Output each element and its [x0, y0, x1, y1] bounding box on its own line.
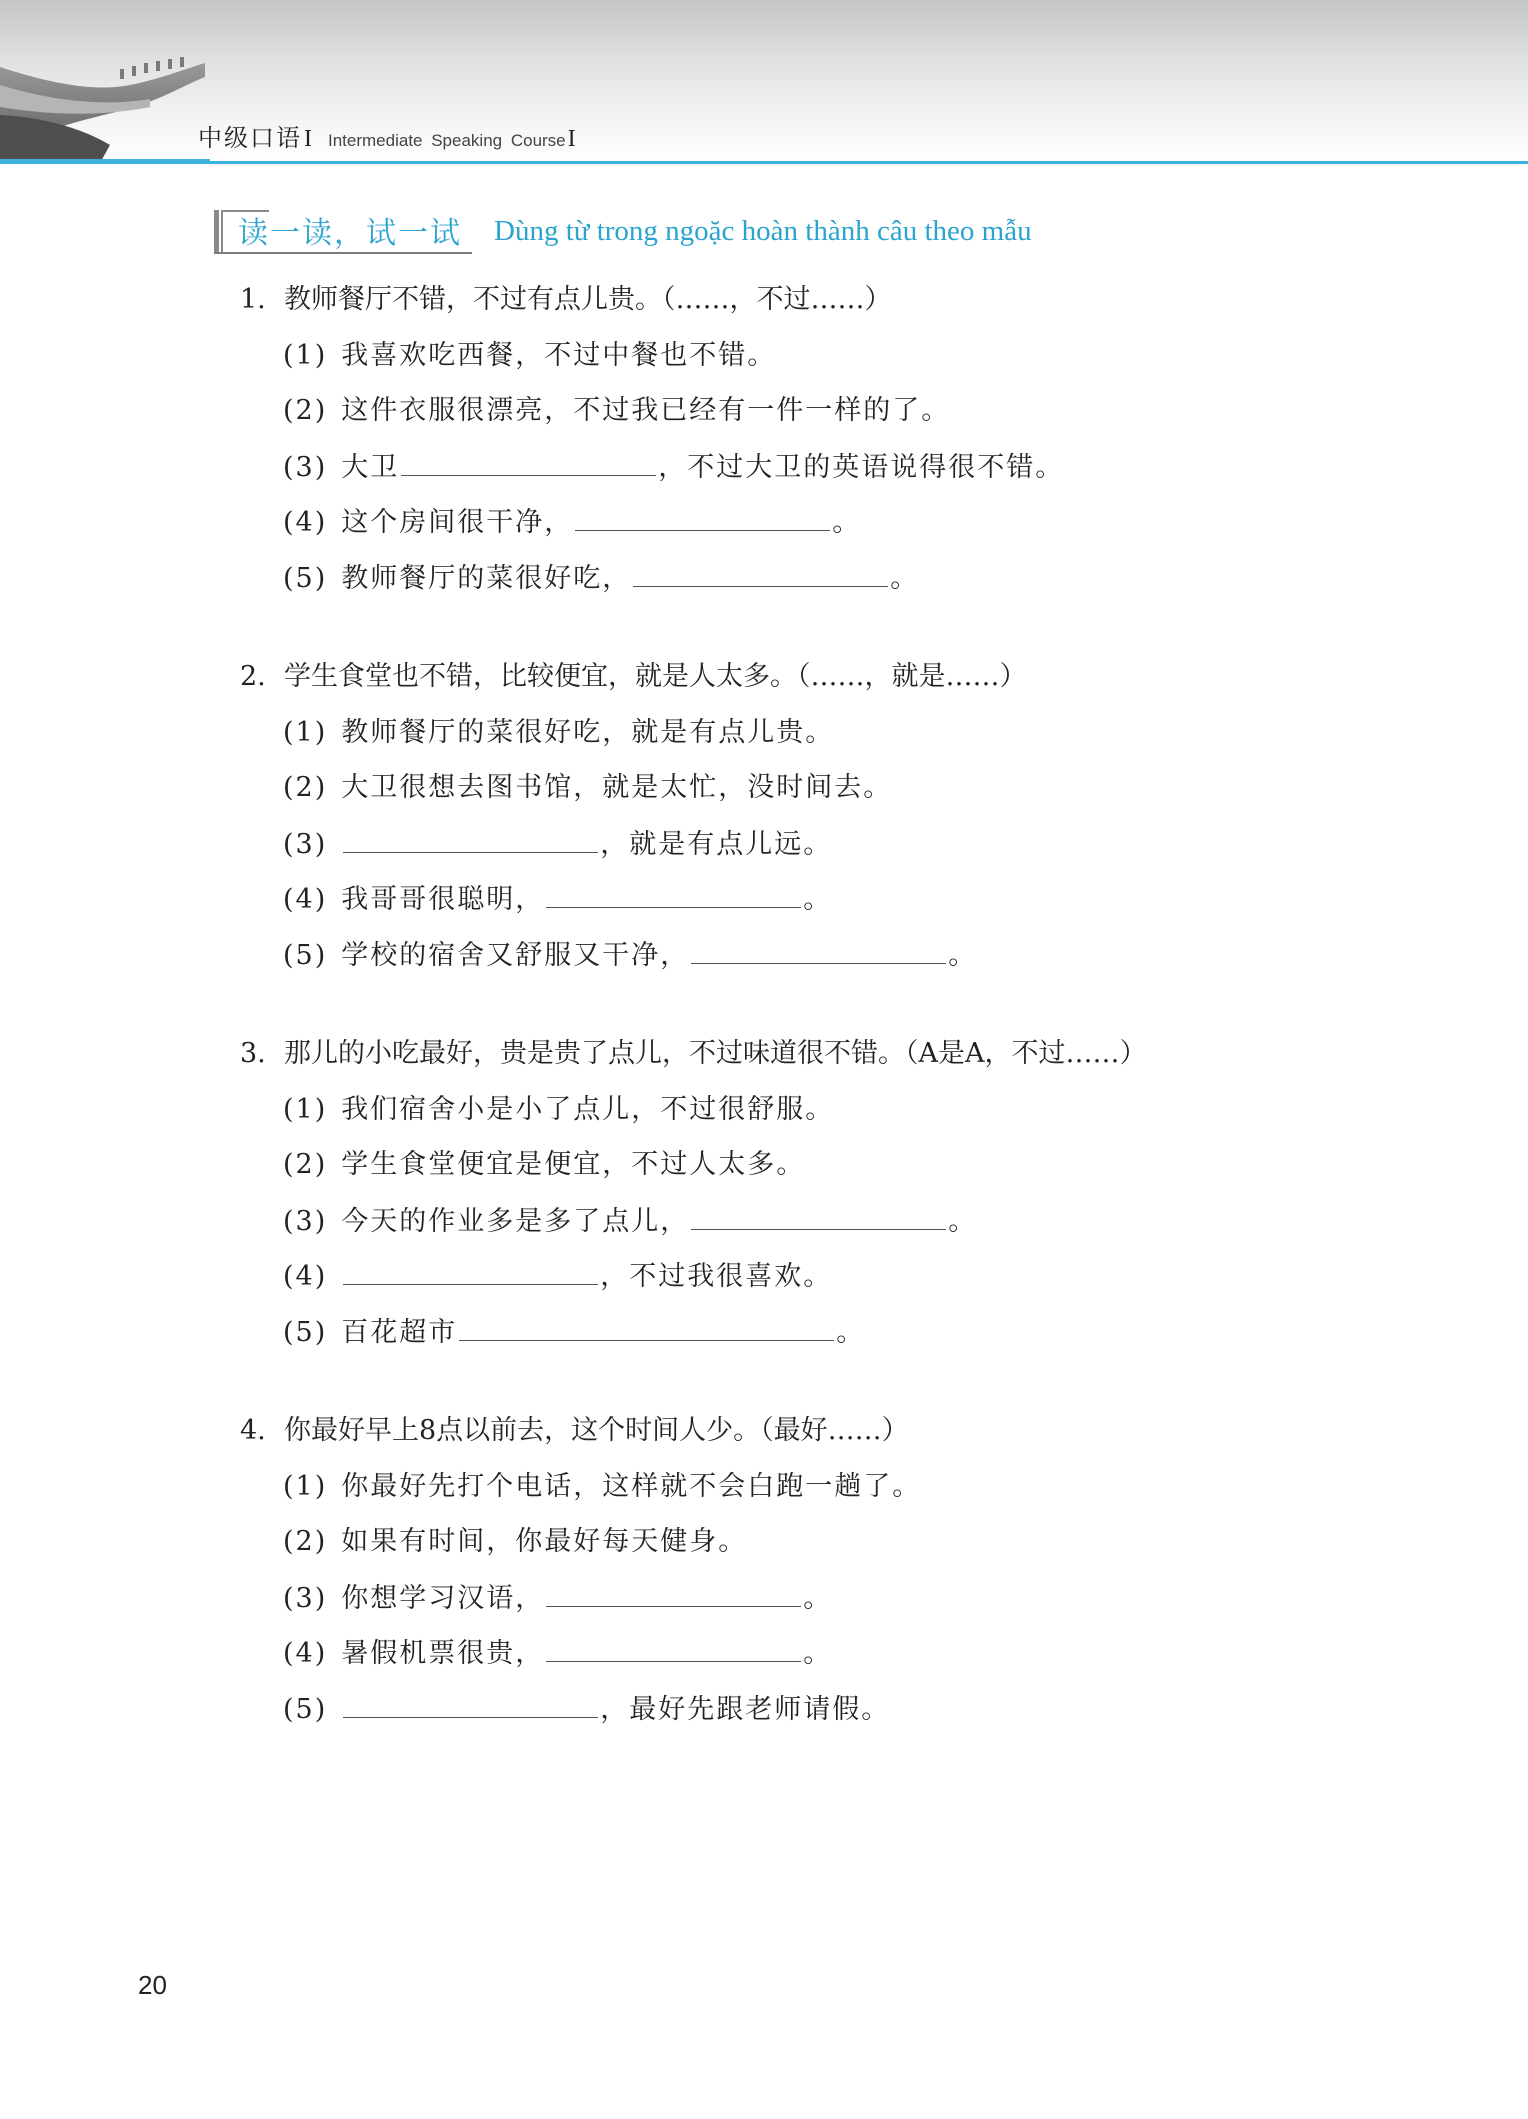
header-divider [0, 161, 1528, 164]
item-text-before: 学生食堂便宜是便宜，不过人太多。 [341, 1149, 805, 1180]
item-text-before: 我们宿舍小是小了点儿，不过很舒服。 [341, 1094, 834, 1125]
item-number: (3) [283, 452, 327, 483]
item-text-after: 。 [803, 1638, 832, 1669]
exercise-prompt-text: 那儿的小吃最好，贵是贵了点儿，不过味道很不错。（A是A，不过……） [284, 1038, 1147, 1069]
answer-blank[interactable] [343, 826, 598, 853]
book-volume-cn: I [304, 126, 312, 153]
item-number: (4) [283, 884, 327, 915]
item-number: (1) [283, 1094, 327, 1125]
exercise-item: (2)这件衣服很漂亮，不过我已经有一件一样的了。 [283, 393, 950, 429]
exercise-prompt: 4.你最好早上8点以前去，这个时间人少。（最好……） [240, 1413, 909, 1449]
exercise-prompt-text: 教师餐厅不错，不过有点儿贵。（……，不过……） [284, 284, 892, 315]
item-text-after: 。 [948, 940, 977, 971]
item-text-before: 这件衣服很漂亮，不过我已经有一件一样的了。 [341, 395, 950, 426]
item-text-after: 。 [890, 563, 919, 594]
item-text-before: 你想学习汉语， [341, 1583, 544, 1614]
item-text-after: 。 [803, 884, 832, 915]
item-number: (1) [283, 717, 327, 748]
answer-blank[interactable] [546, 1635, 801, 1662]
chinese-roof-illustration [0, 55, 210, 163]
answer-blank[interactable] [343, 1691, 598, 1718]
item-text-before: 学校的宿舍又舒服又干净， [341, 940, 689, 971]
exercise-item: (5)教师餐厅的菜很好吃，。 [283, 560, 919, 597]
item-number: (2) [283, 1149, 327, 1180]
item-number: (5) [283, 1317, 327, 1348]
exercise-item: (3)大卫，不过大卫的英语说得很不错。 [283, 449, 1064, 486]
book-title: 中级口语 I Intermediate Speaking Course I [198, 118, 576, 152]
item-number: (4) [283, 1638, 327, 1669]
exercise-item: (5)学校的宿舍又舒服又干净，。 [283, 937, 977, 974]
item-text-before: 暑假机票很贵， [341, 1638, 544, 1669]
answer-blank[interactable] [575, 504, 830, 531]
answer-blank[interactable] [343, 1258, 598, 1285]
exercise-item: (5)百花超市。 [283, 1314, 865, 1351]
item-number: (2) [283, 395, 327, 426]
answer-blank[interactable] [546, 1580, 801, 1607]
exercise-item: (3)今天的作业多是多了点儿，。 [283, 1203, 977, 1240]
exercise-item: (1)你最好先打个电话，这样就不会白跑一趟了。 [283, 1469, 921, 1505]
item-number: (2) [283, 1526, 327, 1557]
item-text-after: ，就是有点儿远。 [600, 829, 832, 860]
item-number: (3) [283, 1206, 327, 1237]
exercise-item: (1)我们宿舍小是小了点儿，不过很舒服。 [283, 1092, 834, 1128]
exercise-number: 1. [240, 282, 284, 318]
item-number: (5) [283, 563, 327, 594]
item-text-after: 。 [948, 1206, 977, 1237]
item-text-before: 这个房间很干净， [341, 507, 573, 538]
item-text-before: 我喜欢吃西餐，不过中餐也不错。 [341, 340, 776, 371]
item-text-after: ，不过大卫的英语说得很不错。 [658, 452, 1064, 483]
exercise-item: (3)你想学习汉语，。 [283, 1580, 832, 1617]
item-text-before: 如果有时间，你最好每天健身。 [341, 1526, 747, 1557]
answer-blank[interactable] [546, 881, 801, 908]
section-title-box: 读一读，试一试 [214, 208, 472, 254]
item-text-after: 。 [836, 1317, 865, 1348]
exercise-item: (4)，不过我很喜欢。 [283, 1258, 832, 1295]
exercise-item: (4)我哥哥很聪明，。 [283, 881, 832, 918]
book-title-en: Intermediate Speaking Course [328, 131, 566, 151]
section-heading: 读一读，试一试 Dùng từ trong ngoặc hoàn thành c… [214, 208, 1032, 254]
item-text-before: 教师餐厅的菜很好吃，就是有点儿贵。 [341, 717, 834, 748]
exercise-item: (1)教师餐厅的菜很好吃，就是有点儿贵。 [283, 715, 834, 751]
item-text-before: 我哥哥很聪明， [341, 884, 544, 915]
exercise-number: 2. [240, 659, 284, 695]
exercise-item: (2)学生食堂便宜是便宜，不过人太多。 [283, 1147, 805, 1183]
answer-blank[interactable] [459, 1314, 834, 1341]
exercise-number: 3. [240, 1036, 284, 1072]
exercise-prompt: 2.学生食堂也不错，比较便宜，就是人太多。（……，就是……） [240, 659, 1027, 695]
item-text-before: 今天的作业多是多了点儿， [341, 1206, 689, 1237]
book-title-cn: 中级口语 [198, 118, 302, 153]
item-text-after: ，不过我很喜欢。 [600, 1261, 832, 1292]
item-text-after: 。 [832, 507, 861, 538]
item-number: (4) [283, 507, 327, 538]
section-title-cn: 读一读，试一试 [238, 208, 462, 252]
exercise-prompt-text: 学生食堂也不错，比较便宜，就是人太多。（……，就是……） [284, 661, 1027, 692]
exercise-item: (5)，最好先跟老师请假。 [283, 1691, 890, 1728]
item-number: (2) [283, 772, 327, 803]
item-text-before: 你最好先打个电话，这样就不会白跑一趟了。 [341, 1471, 921, 1502]
item-number: (5) [283, 940, 327, 971]
answer-blank[interactable] [691, 937, 946, 964]
item-text-before: 百花超市 [341, 1317, 457, 1348]
item-text-after: 。 [803, 1583, 832, 1614]
exercise-prompt-text: 你最好早上8点以前去，这个时间人少。（最好……） [284, 1415, 909, 1446]
exercise-item: (2)大卫很想去图书馆，就是太忙，没时间去。 [283, 770, 892, 806]
item-number: (1) [283, 1471, 327, 1502]
exercise-number: 4. [240, 1413, 284, 1449]
answer-blank[interactable] [401, 449, 656, 476]
exercise-prompt: 3.那儿的小吃最好，贵是贵了点儿，不过味道很不错。（A是A，不过……） [240, 1036, 1147, 1072]
exercise-item: (4)这个房间很干净，。 [283, 504, 861, 541]
item-text-before: 教师餐厅的菜很好吃， [341, 563, 631, 594]
exercise-item: (3)，就是有点儿远。 [283, 826, 832, 863]
page-number: 20 [138, 1970, 167, 2001]
item-number: (4) [283, 1261, 327, 1292]
item-number: (3) [283, 829, 327, 860]
section-instruction-vi: Dùng từ trong ngoặc hoàn thành câu theo … [494, 215, 1032, 248]
exercise-prompt: 1.教师餐厅不错，不过有点儿贵。（……，不过……） [240, 282, 892, 318]
item-text-before: 大卫 [341, 452, 399, 483]
exercise-item: (1)我喜欢吃西餐，不过中餐也不错。 [283, 338, 776, 374]
item-number: (3) [283, 1583, 327, 1614]
answer-blank[interactable] [633, 560, 888, 587]
item-number: (5) [283, 1694, 327, 1725]
book-volume-en: I [568, 126, 576, 153]
exercise-item: (4)暑假机票很贵，。 [283, 1635, 832, 1672]
item-number: (1) [283, 340, 327, 371]
item-text-before: 大卫很想去图书馆，就是太忙，没时间去。 [341, 772, 892, 803]
item-text-after: ，最好先跟老师请假。 [600, 1694, 890, 1725]
answer-blank[interactable] [691, 1203, 946, 1230]
exercise-item: (2)如果有时间，你最好每天健身。 [283, 1524, 747, 1560]
